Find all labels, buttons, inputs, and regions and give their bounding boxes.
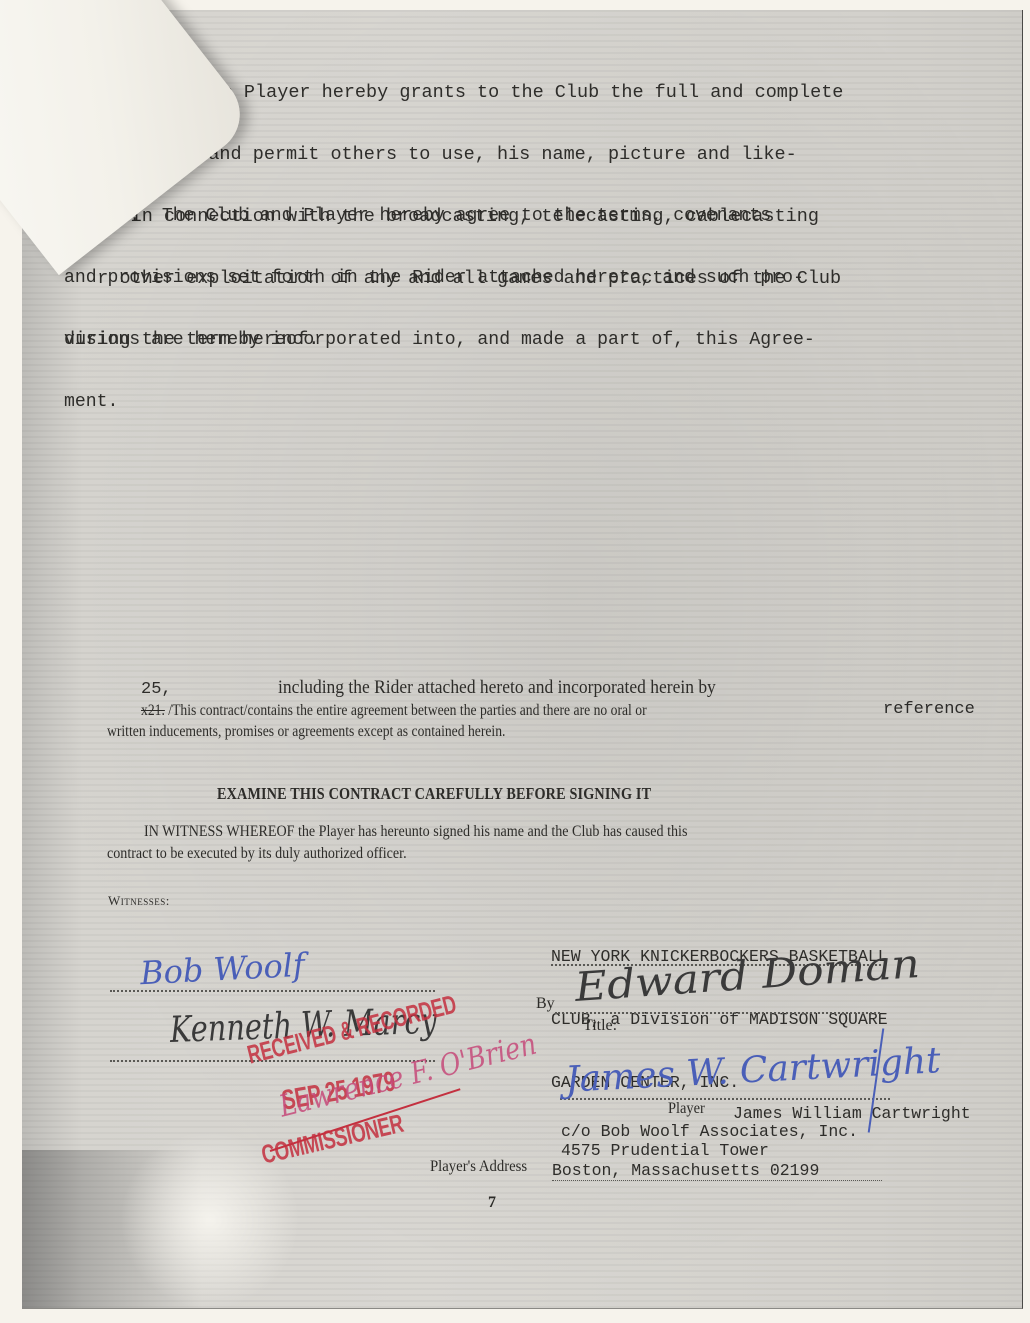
paragraph-24: 24. The Club and Player hereby agree to … bbox=[64, 165, 815, 433]
witnesses-label: Witnesses: bbox=[108, 893, 170, 909]
witness-clause-line-1: IN WITNESS WHEREOF the Player has hereun… bbox=[144, 823, 687, 841]
by-label: By bbox=[536, 995, 555, 1013]
player-address-line-1: c/o Bob Woolf Associates, Inc. bbox=[561, 1122, 858, 1143]
club-officer-signature-line bbox=[555, 1012, 880, 1014]
player-address-underline bbox=[552, 1180, 882, 1181]
paragraph-25-line-1: x21. /This contract/contains the entire … bbox=[141, 702, 647, 720]
player-address-label: Player's Address bbox=[430, 1158, 527, 1176]
page-number: 7 bbox=[488, 1194, 496, 1212]
examine-warning-heading: EXAMINE THIS CONTRACT CAREFULLY BEFORE S… bbox=[217, 784, 651, 804]
paragraph-25-text: /This contract/contains the entire agree… bbox=[168, 702, 646, 719]
witness-clause-line-2: contract to be executed by its duly auth… bbox=[107, 845, 407, 863]
paragraph-25-typed-insert: including the Rider attached hereto and … bbox=[278, 677, 716, 699]
player-address-line-2: 4575 Prudential Tower bbox=[561, 1141, 769, 1162]
paragraph-24-line: 24. The Club and Player hereby agree to … bbox=[64, 206, 815, 227]
paragraph-25-insert-reference: reference bbox=[883, 700, 975, 719]
player-label: Player bbox=[668, 1100, 705, 1118]
paragraph-24-line: and provisions set forth in the Rider at… bbox=[64, 268, 815, 289]
paragraph-25-number: 25, bbox=[141, 680, 172, 701]
paragraph-25-line-2: written inducements, promises or agreeme… bbox=[107, 723, 505, 741]
paragraph-24-line: visions are hereby incorporated into, an… bbox=[64, 330, 815, 351]
player-address-line-3: Boston, Massachusetts 02199 bbox=[552, 1161, 819, 1182]
struck-number: x21. bbox=[141, 702, 165, 719]
title-label: Title: bbox=[583, 1017, 617, 1035]
paragraph-24-line: ment. bbox=[64, 392, 815, 413]
